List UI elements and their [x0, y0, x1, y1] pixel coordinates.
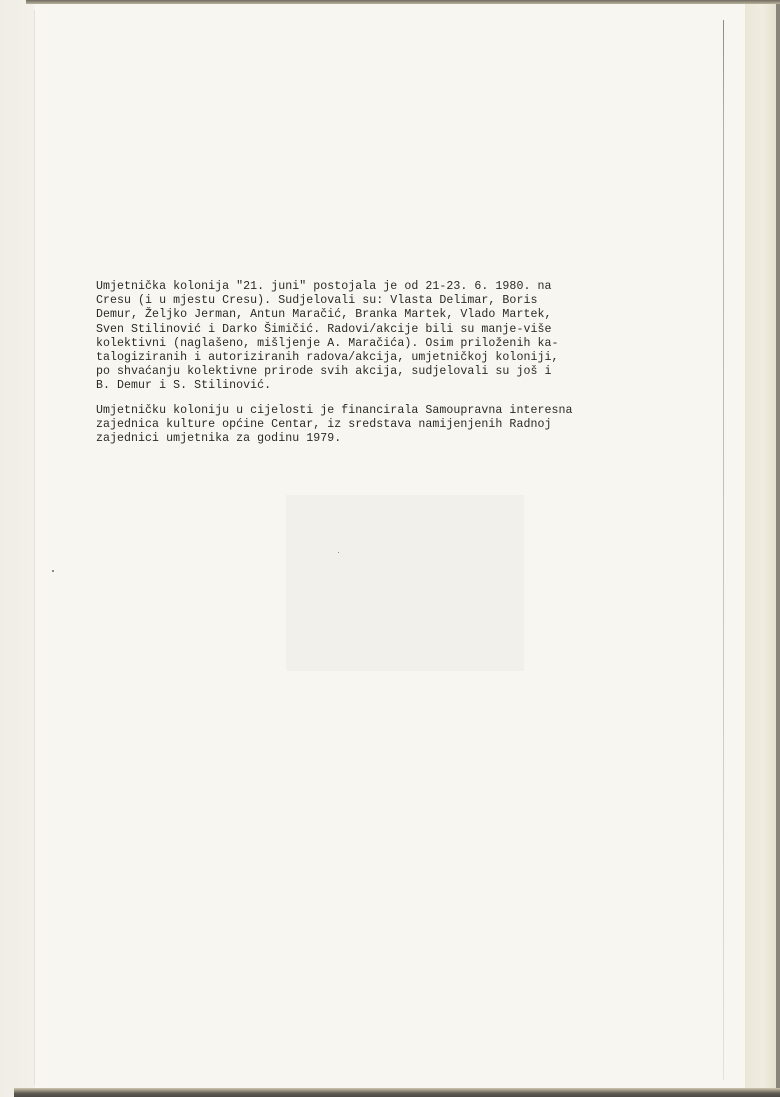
- typewritten-text: Umjetnička kolonija "21. juni" postojala…: [96, 280, 696, 456]
- paper-speck: [52, 570, 54, 572]
- left-margin-shadow: [0, 0, 34, 1097]
- text-line: Sven Stilinović i Darko Šimičić. Radovi/…: [96, 323, 696, 337]
- paper-speck: [338, 552, 339, 553]
- paragraph-financing: Umjetničku koloniju u cijelosti je finan…: [96, 404, 696, 447]
- text-line: kolektivni (naglašeno, mišljenje A. Mara…: [96, 337, 696, 351]
- bottom-scan-edge: [14, 1088, 780, 1097]
- text-line: po shvaćanju kolektivne prirode svih akc…: [96, 365, 696, 379]
- right-dark-edge: [776, 4, 780, 1088]
- text-line: zajednica kulture općine Centar, iz sred…: [96, 418, 696, 432]
- text-line: Demur, Željko Jerman, Antun Maračić, Bra…: [96, 308, 696, 322]
- paragraph-colony-participants: Umjetnička kolonija "21. juni" postojala…: [96, 280, 696, 394]
- text-line: Cresu (i u mjestu Cresu). Sudjelovali su…: [96, 294, 696, 308]
- text-line: zajednici umjetnika za godinu 1979.: [96, 432, 696, 446]
- right-vertical-rule: [723, 20, 724, 1080]
- text-line: talogiziranih i autoriziranih radova/akc…: [96, 351, 696, 365]
- text-line: Umjetnička kolonija "21. juni" postojala…: [96, 280, 696, 294]
- text-line: B. Demur i S. Stilinović.: [96, 379, 696, 393]
- right-binding-strip: [745, 4, 780, 1088]
- text-line: Umjetničku koloniju u cijelosti je finan…: [96, 404, 696, 418]
- top-scan-edge: [26, 0, 780, 4]
- bleed-through-square: [286, 495, 524, 671]
